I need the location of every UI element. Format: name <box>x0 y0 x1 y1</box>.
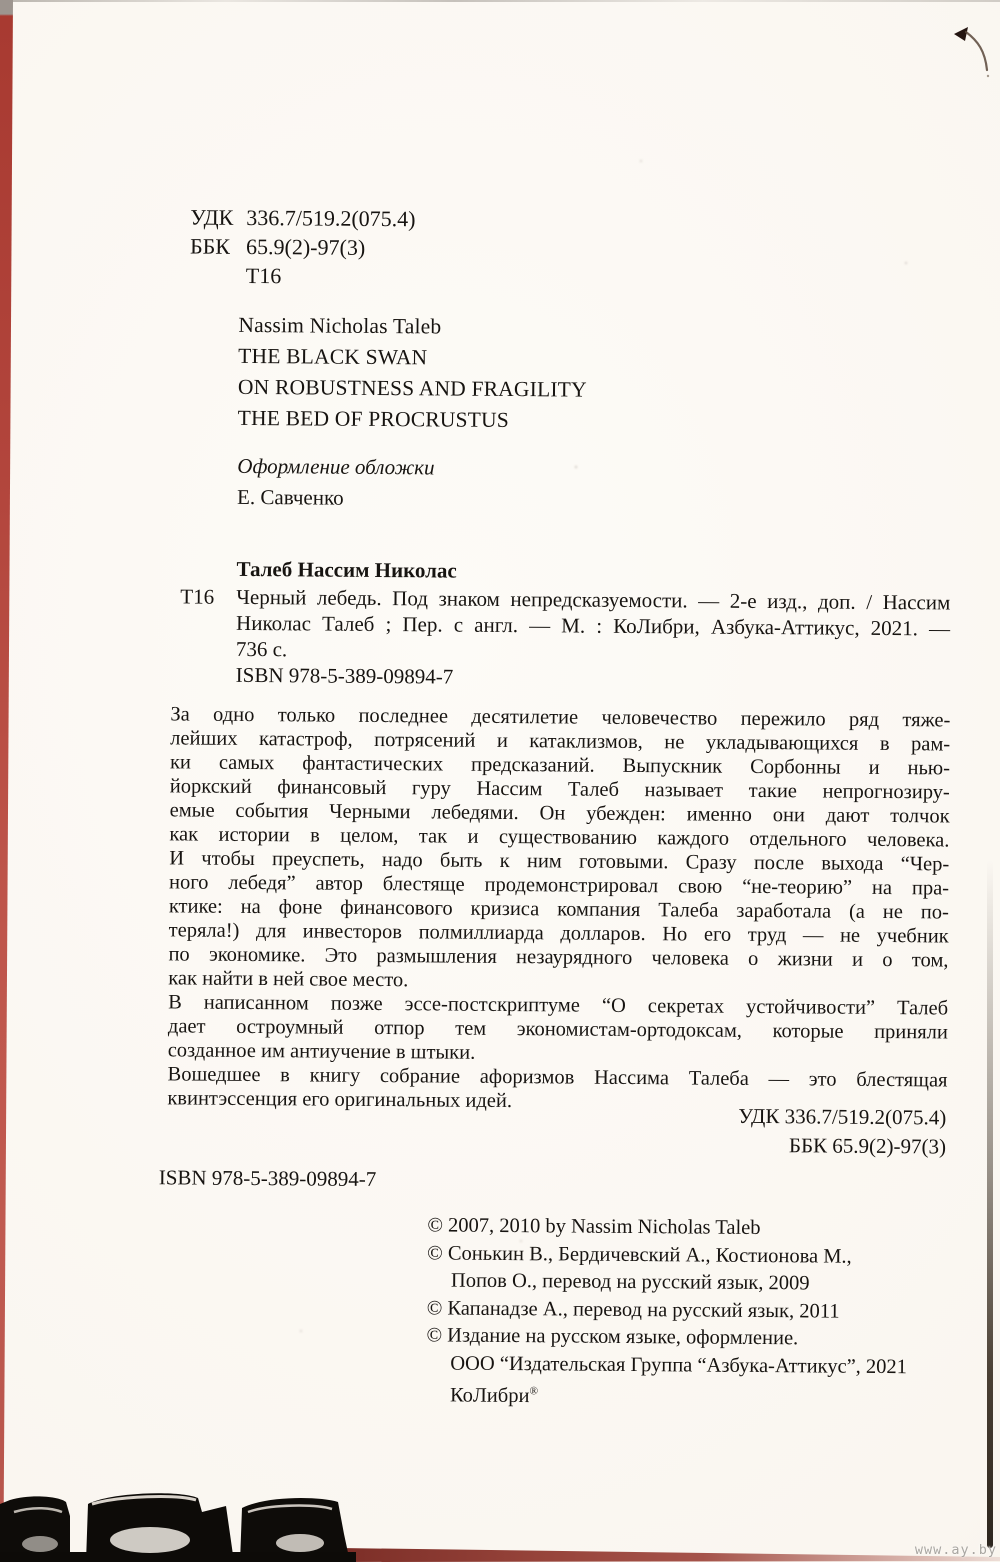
bbk-bottom: ББК 65.9(2)-97(3) <box>738 1131 946 1162</box>
bbk-row: ББК 65.9(2)-97(3) <box>190 232 415 263</box>
page-corner-mark <box>942 24 998 80</box>
copyright-line: © Капанадзе А., перевод на русский язык,… <box>427 1295 908 1326</box>
original-titles: THE BLACK SWANON ROBUSTNESS AND FRAGILIT… <box>238 341 588 437</box>
cover-design-role: Оформление обложки <box>237 451 434 484</box>
original-author: Nassim Nicholas Taleb <box>238 310 587 344</box>
page-top-edge-line <box>8 0 1000 2</box>
original-title-line: THE BED OF PROCRUSTUS <box>238 403 587 437</box>
author-sign-row: Т16 <box>190 260 415 291</box>
catalog-description: Черный лебедь. Под знаком непредсказуемо… <box>236 584 951 668</box>
udk-label: УДК <box>190 203 246 232</box>
copyright-line: КоЛибри® <box>426 1377 907 1413</box>
copyright-line: © Издание на русском языке, оформление. <box>426 1322 907 1353</box>
catalog-entry: Талеб Нассим Николас Т16 Черный лебедь. … <box>236 555 951 694</box>
copyright-line: Попов О., перевод на русский язык, 2009 <box>427 1267 908 1298</box>
page-edge-shadow-right <box>987 860 993 1548</box>
page-content: УДК 336.7/519.2(075.4) ББК 65.9(2)-97(3)… <box>0 0 1000 1562</box>
bbk-value: 65.9(2)-97(3) <box>246 232 365 262</box>
bbk-label: ББК <box>190 232 246 261</box>
copyright-line: © 2007, 2010 by Nassim Nicholas Taleb <box>427 1212 908 1243</box>
classification-block: УДК 336.7/519.2(075.4) ББК 65.9(2)-97(3)… <box>190 203 416 292</box>
classification-bottom-block: УДК 336.7/519.2(075.4) ББК 65.9(2)-97(3) <box>738 1102 946 1162</box>
original-title-line: THE BLACK SWAN <box>238 341 587 375</box>
udk-row: УДК 336.7/519.2(075.4) <box>190 203 415 234</box>
book-imprint-page-photo: УДК 336.7/519.2(075.4) ББК 65.9(2)-97(3)… <box>0 0 1000 1562</box>
udk-bottom: УДК 336.7/519.2(075.4) <box>738 1102 946 1133</box>
original-title-block: Nassim Nicholas Taleb THE BLACK SWANON R… <box>238 310 588 437</box>
author-sign: Т16 <box>246 261 282 290</box>
annotation: За одно только последнее десятилетие чел… <box>167 702 950 1116</box>
dark-objects-photo-strip <box>0 1482 372 1562</box>
watermark: www.ay.by <box>915 1542 997 1558</box>
copyright-line: © Сонькин В., Бердичевский А., Костионов… <box>427 1240 908 1271</box>
author-sign-spacer <box>190 260 246 289</box>
cover-design-credit: Оформление обложки Е. Савченко <box>237 451 435 515</box>
catalog-author-sign: Т16 <box>180 583 214 609</box>
copyright-block: © 2007, 2010 by Nassim Nicholas Taleb© С… <box>426 1212 908 1413</box>
original-title-line: ON ROBUSTNESS AND FRAGILITY <box>238 372 587 406</box>
udk-value: 336.7/519.2(075.4) <box>246 203 415 233</box>
cover-design-name: Е. Савченко <box>237 482 434 515</box>
isbn-line: ISBN 978-5-389-09894-7 <box>159 1165 377 1192</box>
catalog-isbn: ISBN 978-5-389-09894-7 <box>236 662 950 694</box>
registered-mark: ® <box>529 1385 538 1397</box>
copyright-line: ООО “Издательская Группа “Азбука-Аттикус… <box>426 1350 907 1381</box>
